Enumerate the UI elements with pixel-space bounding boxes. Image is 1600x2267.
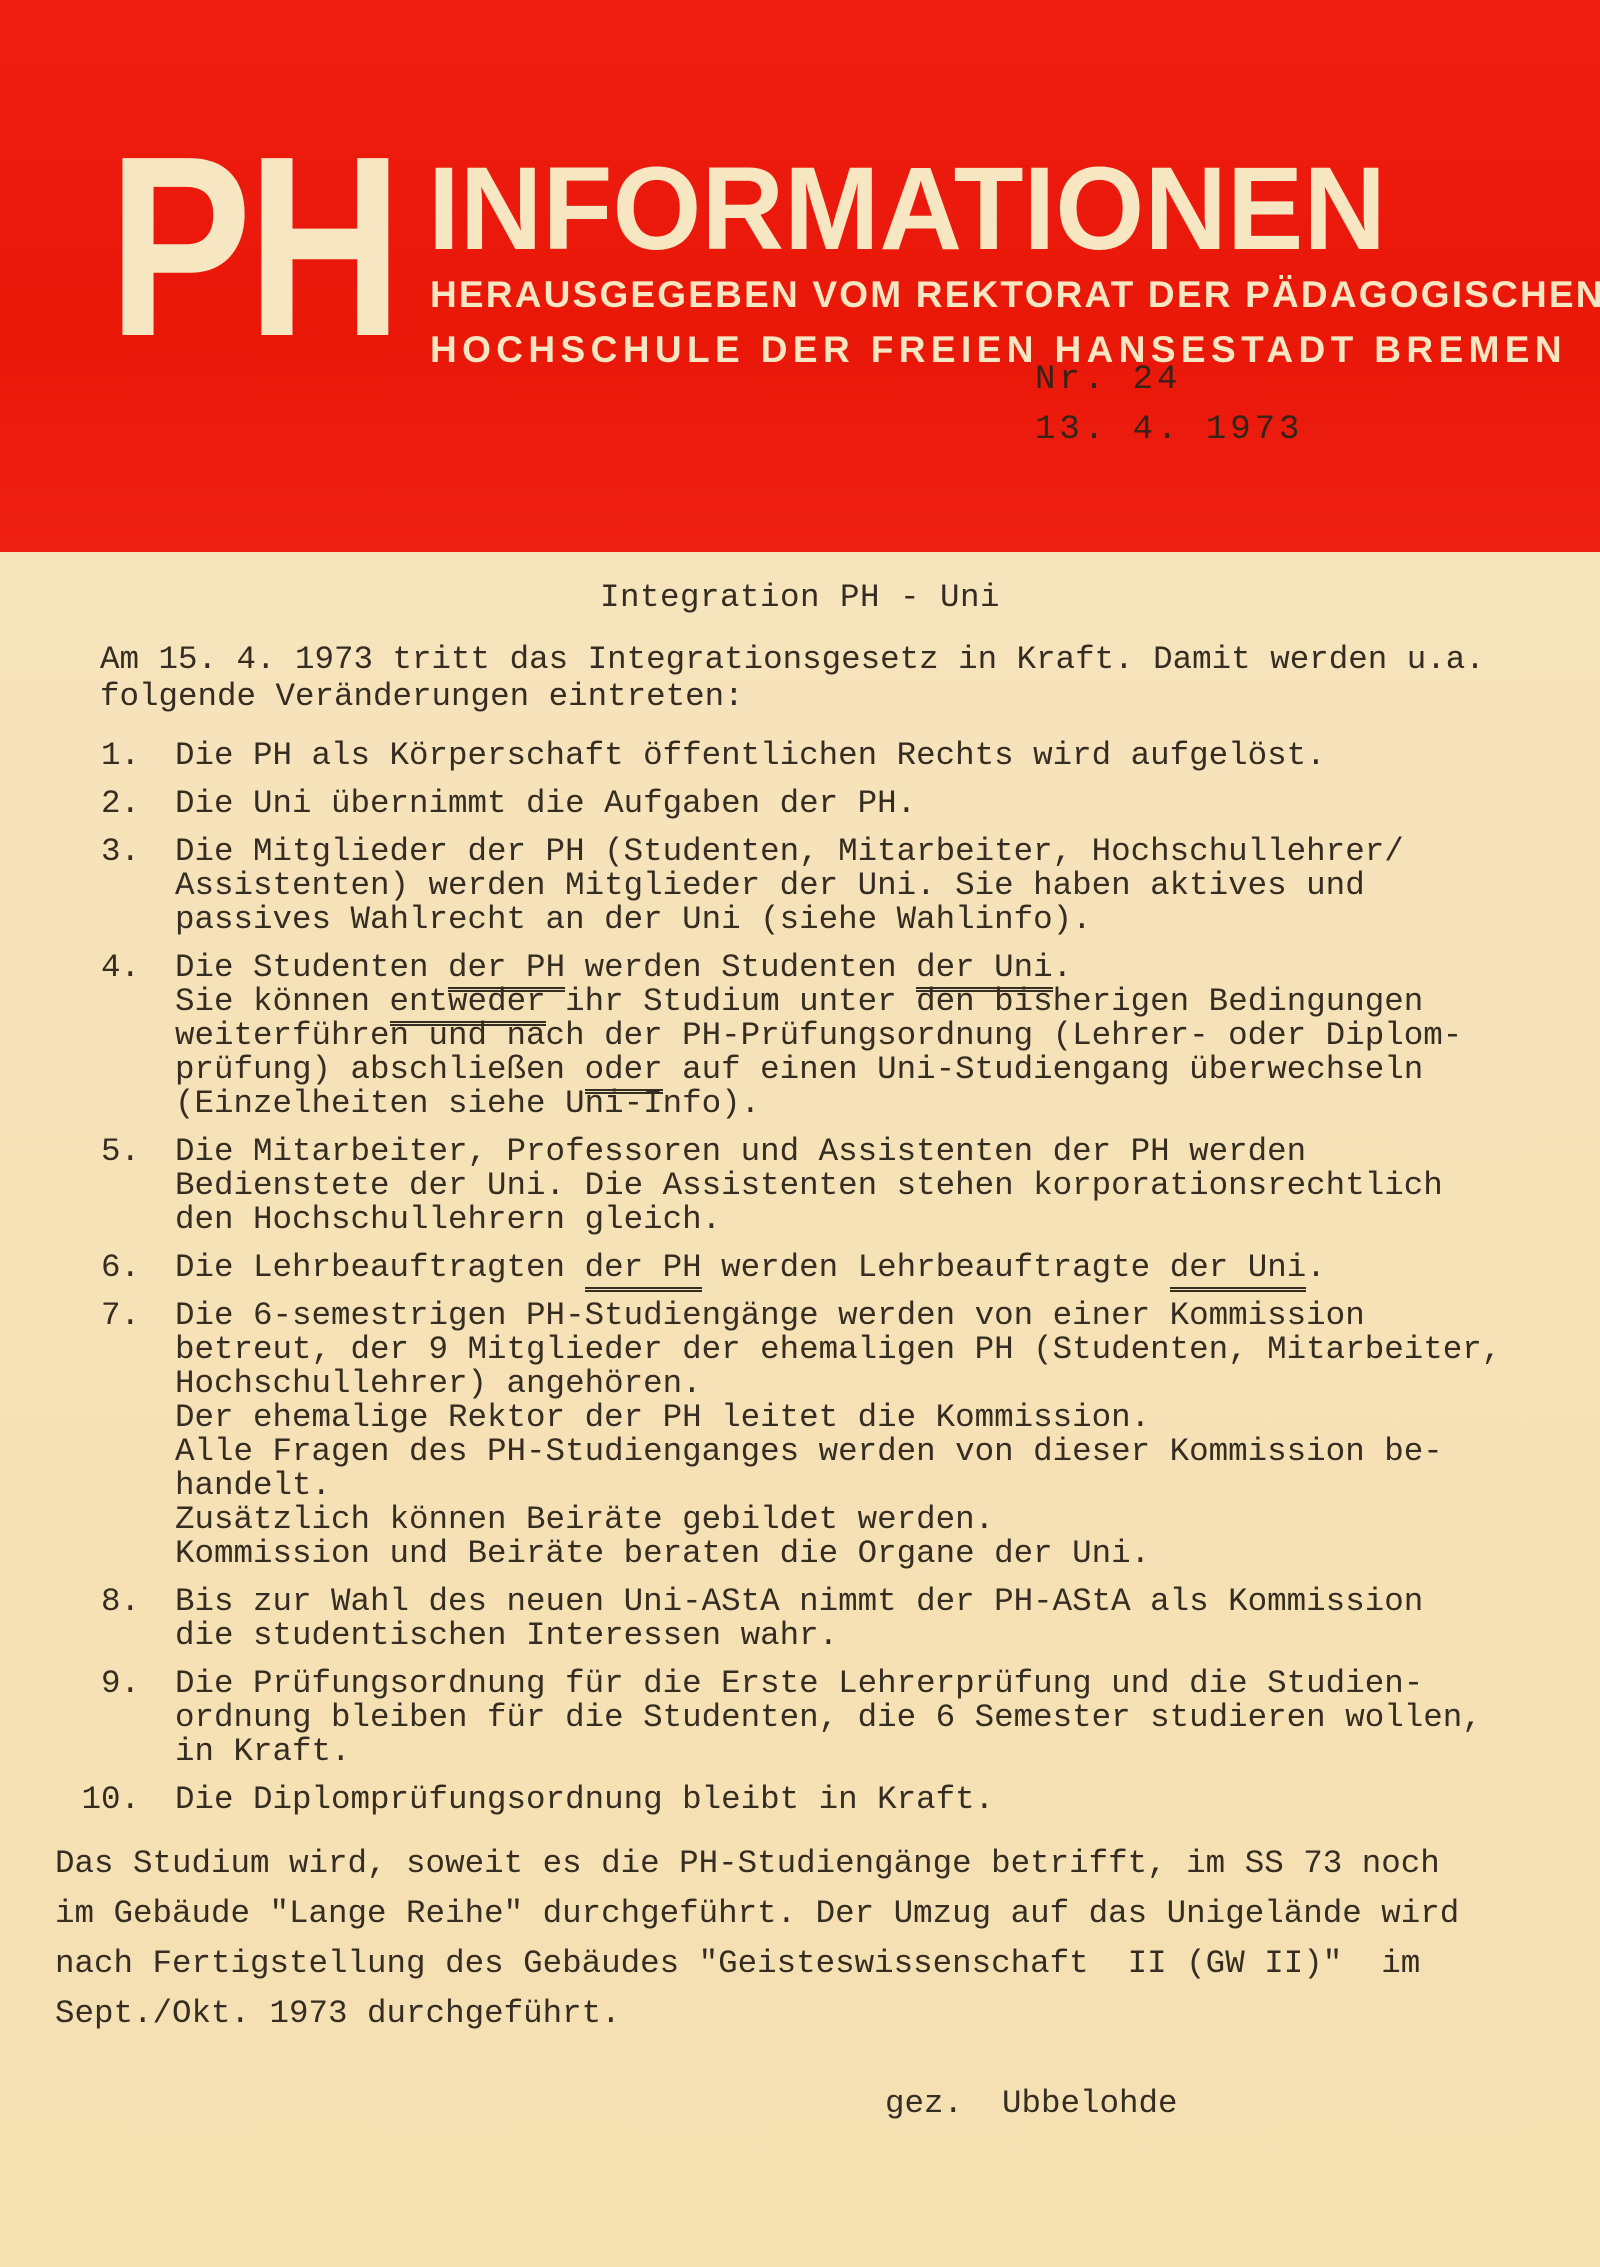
numbered-list: 1.Die PH als Körperschaft öffentlichen R… — [0, 739, 1600, 1817]
item-number: 9. — [0, 1667, 140, 1701]
item-number: 5. — [0, 1135, 140, 1169]
text-line: Das Studium wird, soweit es die PH-Studi… — [55, 1839, 1600, 1889]
list-item: 1.Die PH als Körperschaft öffentlichen R… — [0, 739, 1600, 773]
text-line: prüfung) abschließen oder auf einen Uni-… — [175, 1053, 1600, 1087]
underlined-text: der Uni — [1170, 1249, 1307, 1292]
ph-logo: PH — [108, 118, 398, 375]
issue-date: 13. 4. 1973 — [1035, 411, 1303, 449]
text-line: Die PH als Körperschaft öffentlichen Rec… — [175, 739, 1600, 773]
masthead-subtitle-1: HERAUSGEGEBEN VOM REKTORAT DER PÄDAGOGIS… — [430, 276, 1600, 313]
text-line: Kommission und Beiräte beraten die Organ… — [175, 1537, 1600, 1571]
text-line: nach Fertigstellung des Gebäudes "Geiste… — [55, 1939, 1600, 1989]
text-line: weiterführen und nach der PH-Prüfungsord… — [175, 1019, 1600, 1053]
text-line: die studentischen Interessen wahr. — [175, 1619, 1600, 1653]
document-body: Integration PH - Uni Am 15. 4. 1973 trit… — [0, 552, 1600, 2122]
text-line: passives Wahlrecht an der Uni (siehe Wah… — [175, 903, 1600, 937]
item-number: 3. — [0, 835, 140, 869]
item-number: 2. — [0, 787, 140, 821]
text-line: Bedienstete der Uni. Die Assistenten ste… — [175, 1169, 1600, 1203]
text-line: folgende Veränderungen eintreten: — [100, 678, 1600, 715]
text-line: in Kraft. — [175, 1735, 1600, 1769]
text-line: handelt. — [175, 1469, 1600, 1503]
text-line: Die Studenten der PH werden Studenten de… — [175, 951, 1600, 985]
text-line: im Gebäude "Lange Reihe" durchgeführt. D… — [55, 1889, 1600, 1939]
text-line: (Einzelheiten siehe Uni-Info). — [175, 1087, 1600, 1121]
list-item: 4.Die Studenten der PH werden Studenten … — [0, 951, 1600, 1121]
list-item: 5.Die Mitarbeiter, Professoren und Assis… — [0, 1135, 1600, 1237]
list-item: 7.Die 6-semestrigen PH-Studiengänge werd… — [0, 1299, 1600, 1571]
list-item: 9.Die Prüfungsordnung für die Erste Lehr… — [0, 1667, 1600, 1769]
text-line: Die Mitglieder der PH (Studenten, Mitarb… — [175, 835, 1600, 869]
text-line: Am 15. 4. 1973 tritt das Integrationsges… — [100, 641, 1600, 678]
text-line: betreut, der 9 Mitglieder der ehemaligen… — [175, 1333, 1600, 1367]
item-number: 8. — [0, 1585, 140, 1619]
text-line: ordnung bleiben für die Studenten, die 6… — [175, 1701, 1600, 1735]
text-line: Die Prüfungsordnung für die Erste Lehrer… — [175, 1667, 1600, 1701]
item-number: 10. — [0, 1783, 140, 1817]
text-line: Assistenten) werden Mitglieder der Uni. … — [175, 869, 1600, 903]
text-line: Hochschullehrer) angehören. — [175, 1367, 1600, 1401]
list-item: 2.Die Uni übernimmt die Aufgaben der PH. — [0, 787, 1600, 821]
closing-paragraph: Das Studium wird, soweit es die PH-Studi… — [55, 1839, 1600, 2039]
intro-paragraph: Am 15. 4. 1973 tritt das Integrationsges… — [100, 641, 1600, 715]
text-line: Der ehemalige Rektor der PH leitet die K… — [175, 1401, 1600, 1435]
list-item: 10.Die Diplomprüfungsordnung bleibt in K… — [0, 1783, 1600, 1817]
document-title: Integration PH - Uni — [0, 580, 1600, 616]
underlined-text: der PH — [585, 1249, 702, 1292]
item-number: 1. — [0, 739, 140, 773]
masthead-banner: PH INFORMATIONEN HERAUSGEGEBEN VOM REKTO… — [0, 0, 1600, 552]
text-line: Die Diplomprüfungsordnung bleibt in Kraf… — [175, 1783, 1600, 1817]
signature: gez. Ubbelohde — [885, 2085, 1600, 2122]
text-line: Die Lehrbeauftragten der PH werden Lehrb… — [175, 1251, 1600, 1285]
newsletter-page: PH INFORMATIONEN HERAUSGEGEBEN VOM REKTO… — [0, 0, 1600, 2267]
text-line: Alle Fragen des PH-Studienganges werden … — [175, 1435, 1600, 1469]
list-item: 8.Bis zur Wahl des neuen Uni-AStA nimmt … — [0, 1585, 1600, 1653]
text-line: Sept./Okt. 1973 durchgeführt. — [55, 1989, 1600, 2039]
text-line: Sie können entweder ihr Studium unter de… — [175, 985, 1600, 1019]
issue-number: Nr. 24 — [1035, 361, 1181, 399]
text-line: den Hochschullehrern gleich. — [175, 1203, 1600, 1237]
masthead-title: INFORMATIONEN — [428, 150, 1386, 268]
list-item: 3.Die Mitglieder der PH (Studenten, Mita… — [0, 835, 1600, 937]
item-number: 4. — [0, 951, 140, 985]
item-number: 6. — [0, 1251, 140, 1285]
item-number: 7. — [0, 1299, 140, 1333]
list-item: 6.Die Lehrbeauftragten der PH werden Leh… — [0, 1251, 1600, 1285]
text-line: Die Mitarbeiter, Professoren und Assiste… — [175, 1135, 1600, 1169]
masthead-subtitle-2: HOCHSCHULE DER FREIEN HANSESTADT BREMEN — [430, 331, 1567, 368]
text-line: Zusätzlich können Beiräte gebildet werde… — [175, 1503, 1600, 1537]
text-line: Die 6-semestrigen PH-Studiengänge werden… — [175, 1299, 1600, 1333]
issue-block: Nr. 24 13. 4. 1973 — [1035, 355, 1303, 455]
text-line: Die Uni übernimmt die Aufgaben der PH. — [175, 787, 1600, 821]
text-line: Bis zur Wahl des neuen Uni-AStA nimmt de… — [175, 1585, 1600, 1619]
